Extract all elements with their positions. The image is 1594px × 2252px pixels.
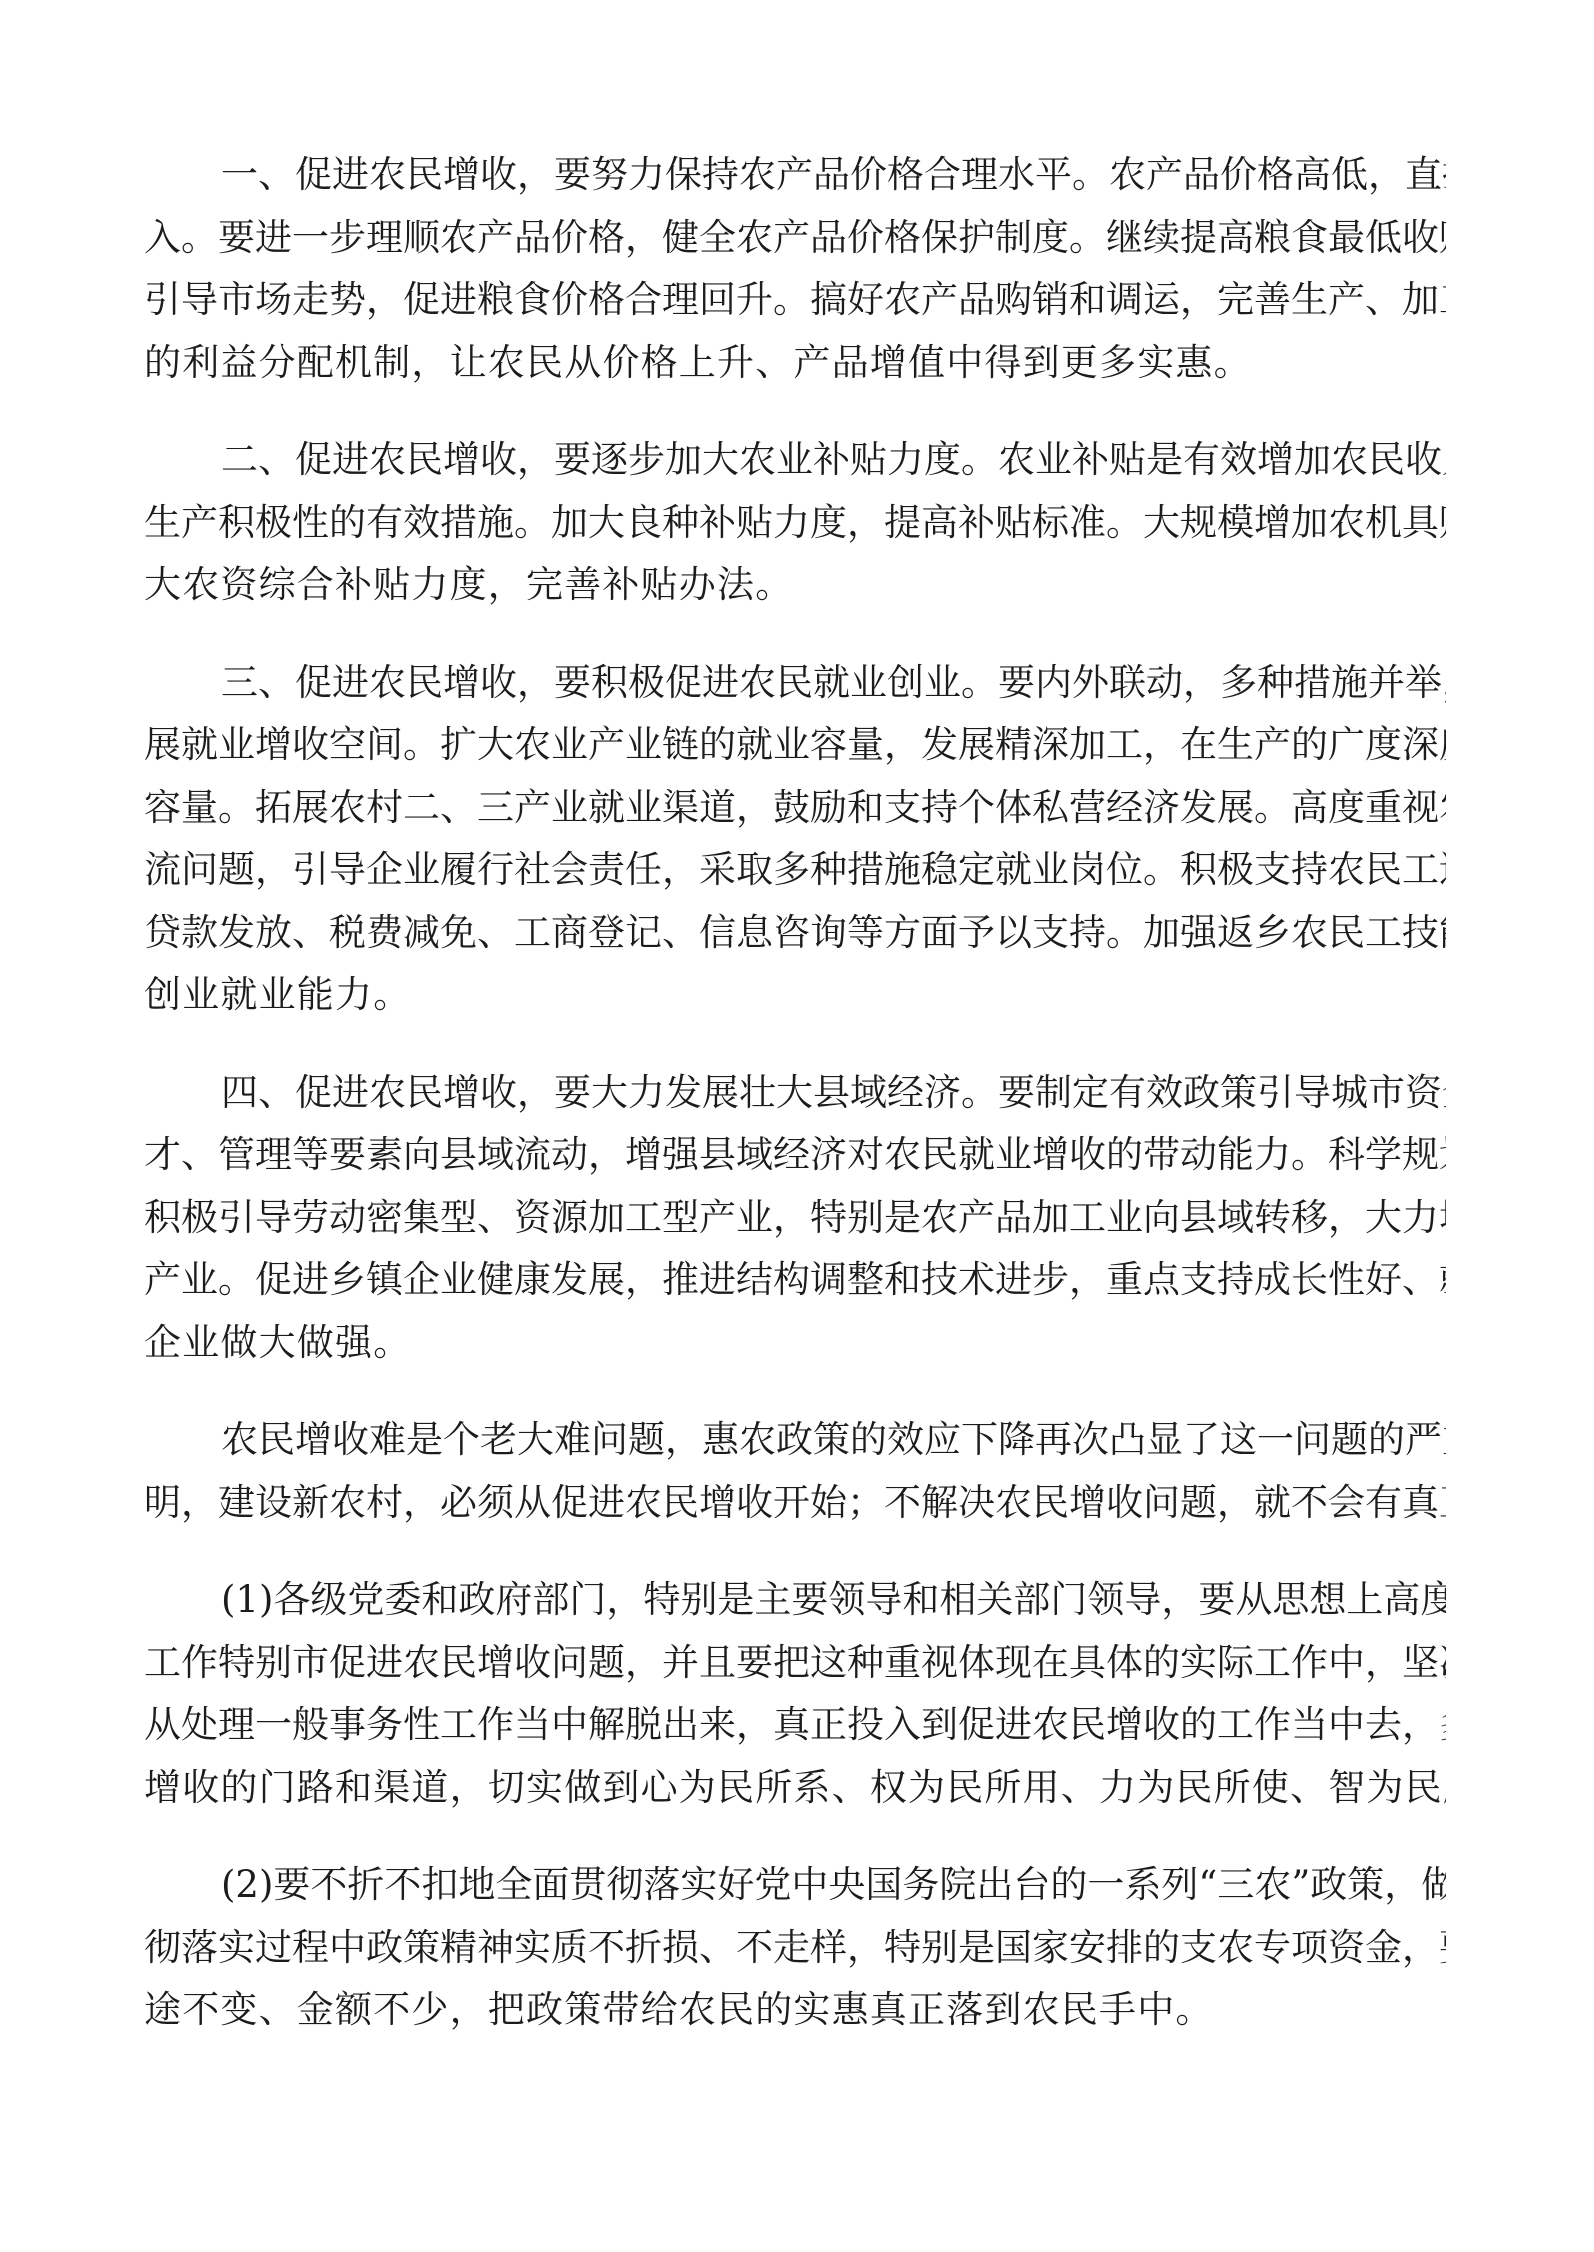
- text-line: 从处理一般事务性工作当中解脱出来，真正投入到促进农民增收的工作当中去，多谋促进农…: [144, 1694, 1446, 1757]
- paragraph-2-subsidies: 二、促进农民增收，要逐步加大农业补贴力度。农业补贴是有效增加农民收入、调动农民 …: [144, 429, 1446, 617]
- text-line: 的利益分配机制，让农民从价格上升、产品增值中得到更多实惠。: [144, 332, 1446, 395]
- text-line: 工作特别市促进农民增收问题，并且要把这种重视体现在具体的实际工作中，坚决把主要精…: [144, 1632, 1446, 1695]
- text-line: 四、促进农民增收，要大力发展壮大县域经济。要制定有效政策引导城市资金、技术、人: [144, 1062, 1446, 1125]
- paragraph-6-item-1: (1)各级党委和政府部门，特别是主要领导和相关部门领导，要从思想上高度重视“三农…: [144, 1569, 1446, 1819]
- text-line: 三、促进农民增收，要积极促进农民就业创业。要内外联动，多种措施并举，最大限度拓: [144, 652, 1446, 715]
- text-line: 产业。促进乡镇企业健康发展，推进结构调整和技术进步，重点支持成长性好、就业容量大…: [144, 1249, 1446, 1312]
- text-line: 增收的门路和渠道，切实做到心为民所系、权为民所用、力为民所使、智为民所谋。: [144, 1757, 1446, 1820]
- text-line: 积极引导劳动密集型、资源加工型产业，特别是农产品加工业向县域转移，大力培育特色支…: [144, 1187, 1446, 1250]
- text-line: 贷款发放、税费减免、工商登记、信息咨询等方面予以支持。加强返乡农民工技能培训，提…: [144, 902, 1446, 965]
- text-line: 企业做大做强。: [144, 1312, 1446, 1375]
- text-line: 途不变、金额不少，把政策带给农民的实惠真正落到农民手中。: [144, 1979, 1446, 2042]
- paragraph-3-employment: 三、促进农民增收，要积极促进农民就业创业。要内外联动，多种措施并举，最大限度拓 …: [144, 652, 1446, 1027]
- text-line: 生产积极性的有效措施。加大良种补贴力度，提高补贴标准。大规模增加农机具购置补贴，…: [144, 492, 1446, 555]
- paragraph-1-price-level: 一、促进农民增收，要努力保持农产品价格合理水平。农产品价格高低，直接影响农民收 …: [144, 144, 1446, 394]
- text-line: 流问题，引导企业履行社会责任，采取多种措施稳定就业岗位。积极支持农民工返乡创业，…: [144, 839, 1446, 902]
- text-line: 创业就业能力。: [144, 964, 1446, 1027]
- document-page: 一、促进农民增收，要努力保持农产品价格合理水平。农产品价格高低，直接影响农民收 …: [144, 144, 1446, 2077]
- paragraph-5-summary: 农民增收难是个老大难问题，惠农政策的效应下降再次凸显了这一问题的严重性。这也说 …: [144, 1409, 1446, 1534]
- text-line: (1)各级党委和政府部门，特别是主要领导和相关部门领导，要从思想上高度重视“三农…: [144, 1569, 1446, 1632]
- text-line: 展就业增收空间。扩大农业产业链的就业容量，发展精深加工，在生产的广度深度中增加就…: [144, 714, 1446, 777]
- text-line: 农民增收难是个老大难问题，惠农政策的效应下降再次凸显了这一问题的严重性。这也说: [144, 1409, 1446, 1472]
- text-line: 引导市场走势，促进粮食价格合理回升。搞好农产品购销和调运，完善生产、加工、流通环…: [144, 269, 1446, 332]
- paragraph-7-item-2: (2)要不折不扣地全面贯彻落实好党中央国务院出台的一系列“三农”政策，做到在逐级…: [144, 1854, 1446, 2042]
- text-line: 才、管理等要素向县域流动，增强县域经济对农民就业增收的带动能力。科学规划产业发展…: [144, 1124, 1446, 1187]
- text-line: 二、促进农民增收，要逐步加大农业补贴力度。农业补贴是有效增加农民收入、调动农民: [144, 429, 1446, 492]
- text-line: 一、促进农民增收，要努力保持农产品价格合理水平。农产品价格高低，直接影响农民收: [144, 144, 1446, 207]
- paragraph-4-county-economy: 四、促进农民增收，要大力发展壮大县域经济。要制定有效政策引导城市资金、技术、人 …: [144, 1062, 1446, 1375]
- text-line: 明，建设新农村，必须从促进农民增收开始；不解决农民增收问题，就不会有真正的新农村…: [144, 1472, 1446, 1535]
- text-line: (2)要不折不扣地全面贯彻落实好党中央国务院出台的一系列“三农”政策，做到在逐级…: [144, 1854, 1446, 1917]
- text-line: 大农资综合补贴力度，完善补贴办法。: [144, 554, 1446, 617]
- text-line: 容量。拓展农村二、三产业就业渠道，鼓励和支持个体私营经济发展。高度重视农民工返乡…: [144, 777, 1446, 840]
- text-line: 彻落实过程中政策精神实质不折损、不走样，特别是国家安排的支农专项资金，要切实做到…: [144, 1917, 1446, 1980]
- text-line: 入。要进一步理顺农产品价格，健全农产品价格保护制度。继续提高粮食最低收购价格，有…: [144, 207, 1446, 270]
